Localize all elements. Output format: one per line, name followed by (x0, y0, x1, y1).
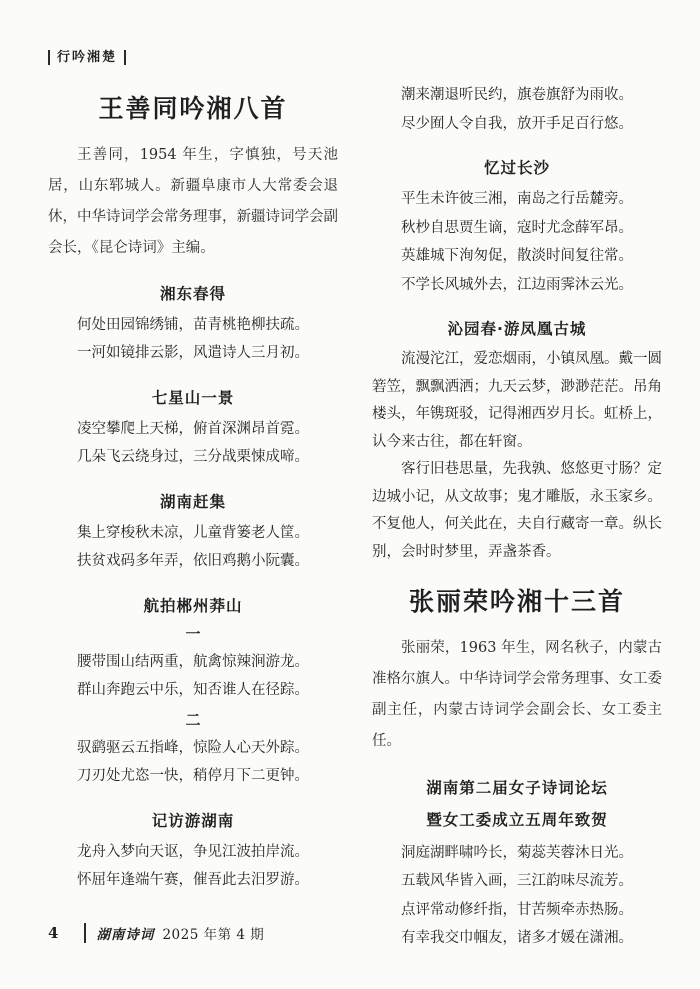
left-column: 王善同吟湘八首 王善同，1954 年生，字慎独，号天池居，山东郓城人。新疆阜康市… (48, 79, 338, 953)
page-number: 4 (48, 924, 58, 942)
verse-line: 英雄城下洵匆促，散淡时间复往常。 (372, 242, 662, 271)
poem-part-label: 二 (48, 709, 338, 730)
verse-line: 龙舟入梦向天讴，争见江波拍岸流。 (48, 838, 338, 867)
poem-title: 湖南赶集 (48, 490, 338, 512)
journal-name: 湖南诗词 (84, 923, 154, 943)
poem-continuation: 潮来潮退听民约，旗卷旗舒为雨收。 尽少囿人令自我，放开手足百行悠。 (372, 81, 662, 138)
poem-title: 航拍郴州莽山 (48, 594, 338, 616)
author-title-wang: 王善同吟湘八首 (48, 89, 338, 125)
poem-jifang-you-hunan: 记访游湖南 龙舟入梦向天讴，争见江波拍岸流。 怀屈年逢端午赛，催吾此去汨罗游。 (48, 809, 338, 895)
verse-line: 几朵飞云绕身过，三分战栗悚成啼。 (48, 443, 338, 472)
verse-line: 何处田园锦绣铺，苗青桃艳柳扶疏。 (48, 311, 338, 340)
author-bio-wang: 王善同，1954 年生，字慎独，号天池居，山东郓城人。新疆阜康市人大常委会退休，… (48, 140, 338, 264)
verse-line: 驭鹞驱云五指峰，惊险人心天外踪。 (48, 734, 338, 763)
verse-line: 有幸我交巾帼友，诸多才媛在潇湘。 (372, 924, 662, 953)
ci-stanza-2: 客行旧巷思量，先我孰、悠悠更寸肠？定边城小记，从文故事；鬼才雕版，永玉家乡。不复… (372, 456, 662, 566)
ci-qinyuanchun: 沁园春·游凤凰古城 流漫沱江，爱恋烟雨，小镇凤凰。戴一圆箬笠，飘飘洒洒；九天云梦… (372, 317, 662, 566)
poem-qixingshan: 七星山一景 凌空攀爬上天梯，俯首深渊昂首霓。 几朵飞云绕身过，三分战栗悚成啼。 (48, 386, 338, 472)
page-footer: 4 湖南诗词 2025 年第 4 期 (48, 923, 264, 943)
verse-line: 怀屈年逢端午赛，催吾此去汨罗游。 (48, 866, 338, 895)
verse-line: 秋杪自思贾生谪，寇时尤念薛军昂。 (372, 214, 662, 243)
poem-hunan-ganji: 湖南赶集 集上穿梭秋未凉，儿童背篓老人筐。 扶贫戏码多年弄，依旧鸡鹅小阮囊。 (48, 490, 338, 576)
right-column: 潮来潮退听民约，旗卷旗舒为雨收。 尽少囿人令自我，放开手足百行悠。 忆过长沙 平… (372, 79, 662, 953)
verse-line: 凌空攀爬上天梯，俯首深渊昂首霓。 (48, 415, 338, 444)
two-column-layout: 王善同吟湘八首 王善同，1954 年生，字慎独，号天池居，山东郓城人。新疆阜康市… (48, 79, 662, 953)
verse-line: 刀刃处尤恣一快，稍停月下二更钟。 (48, 762, 338, 791)
section-tag: 行吟湘楚 (48, 50, 126, 65)
poem-title-line-2: 暨女工委成立五周年致贺 (372, 807, 662, 834)
poem-xiangdong-chunde: 湘东春得 何处田园锦绣铺，苗青桃艳柳扶疏。 一河如镜排云影，风遣诗人三月初。 (48, 282, 338, 368)
verse-line: 群山奔跑云中乐，知否谁人在径踪。 (48, 676, 338, 705)
poem-title: 沁园春·游凤凰古城 (372, 317, 662, 339)
poem-title: 七星山一景 (48, 386, 338, 408)
verse-line: 扶贫戏码多年弄，依旧鸡鹅小阮囊。 (48, 547, 338, 576)
ci-stanza-1: 流漫沱江，爱恋烟雨，小镇凤凰。戴一圆箬笠，飘飘洒洒；九天云梦，渺渺茫茫。吊角楼头… (372, 346, 662, 456)
poem-yiguo-changsha: 忆过长沙 平生未许彼三湘，南岛之行岳麓旁。 秋杪自思贾生谪，寇时尤念薛军昂。 英… (372, 156, 662, 299)
verse-line: 腰带围山结两重，航禽惊辣涧游龙。 (48, 648, 338, 677)
poem-part-label: 一 (48, 623, 338, 644)
verse-line: 洞庭湖畔啸吟长，菊蕊芙蓉沐日光。 (372, 839, 662, 868)
poem-hangpai-mangshan: 航拍郴州莽山 一 腰带围山结两重，航禽惊辣涧游龙。 群山奔跑云中乐，知否谁人在径… (48, 594, 338, 791)
verse-line: 点评常动修纤指，甘苦频牵赤热肠。 (372, 896, 662, 925)
journal-page: 行吟湘楚 王善同吟湘八首 王善同，1954 年生，字慎独，号天池居，山东郓城人。… (0, 0, 700, 989)
poem-women-forum: 湖南第二届女子诗词论坛 暨女工委成立五周年致贺 洞庭湖畔啸吟长，菊蕊芙蓉沐日光。… (372, 775, 662, 953)
verse-line: 平生未许彼三湘，南岛之行岳麓旁。 (372, 185, 662, 214)
poem-title: 湘东春得 (48, 282, 338, 304)
verse-line: 潮来潮退听民约，旗卷旗舒为雨收。 (372, 81, 662, 110)
verse-line: 不学长风城外去，江边雨霁沐云光。 (372, 271, 662, 300)
poem-title: 记访游湖南 (48, 809, 338, 831)
verse-line: 尽少囿人令自我，放开手足百行悠。 (372, 110, 662, 139)
issue-label: 2025 年第 4 期 (162, 923, 264, 943)
author-bio-zhang: 张丽荣，1963 年生，网名秋子，内蒙古准格尔旗人。中华诗词学会常务理事、女工委… (372, 633, 662, 757)
verse-line: 一河如镜排云影，风遣诗人三月初。 (48, 339, 338, 368)
poem-title: 忆过长沙 (372, 156, 662, 178)
verse-line: 集上穿梭秋未凉，儿童背篓老人筐。 (48, 519, 338, 548)
verse-line: 五载风华皆入画，三江韵味尽流芳。 (372, 867, 662, 896)
author-title-zhang: 张丽荣吟湘十三首 (372, 582, 662, 618)
poem-title-line-1: 湖南第二届女子诗词论坛 (372, 775, 662, 802)
